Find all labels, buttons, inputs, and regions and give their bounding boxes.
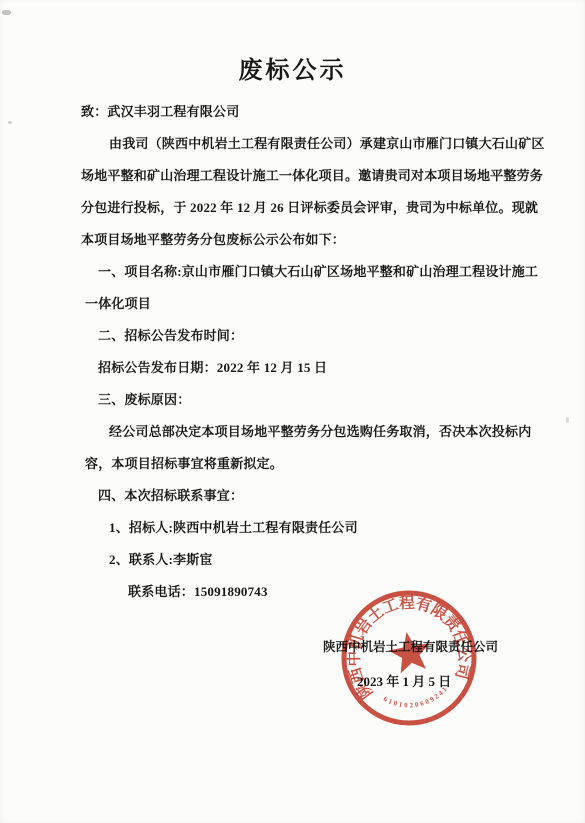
seal-serial-text: 6101020609241 <box>381 684 452 715</box>
section-1-heading-line-1: 一、项目名称:京山市雁门口镇大石山矿区场地平整和矿山治理工程设计施工 <box>98 256 541 288</box>
section-1-heading-line-2: 一体化项目 <box>85 288 541 320</box>
svg-text:6101020609241: 6101020609241 <box>381 684 452 715</box>
intro-line-3: 分包进行投标，于 2022 年 12 月 26 日评标委员会评审，贵司为中标单位… <box>81 192 541 224</box>
section-3-heading: 三、废标原因： <box>98 384 541 416</box>
section-2-date-line: 招标公告发布日期：2022 年 12 月 15 日 <box>98 352 541 384</box>
intro-line-2: 场地平整和矿山治理工程设计施工一体化项目。邀请贵司对本项目场地平整劳务 <box>81 160 541 192</box>
section-3-body-line-2: 容，本项目招标事宜将重新拟定。 <box>85 448 541 480</box>
scan-artifact <box>2 10 11 15</box>
section-4-heading: 四、本次招标联系事宜： <box>98 480 541 512</box>
section-2-heading: 二、招标公告发布时间： <box>98 320 541 352</box>
recipient-line: 致：武汉丰羽工程有限公司 <box>81 96 541 128</box>
contact-person-line: 2、联系人:李斯宦 <box>109 544 541 576</box>
scan-artifact <box>8 121 12 124</box>
document-body: 致：武汉丰羽工程有限公司 由我司（陕西中机岩土工程有限责任公司）承建京山市雁门口… <box>81 96 541 608</box>
scanned-document-page: 废标公示 致：武汉丰羽工程有限公司 由我司（陕西中机岩土工程有限责任公司）承建京… <box>0 0 585 823</box>
scan-artifact <box>566 417 569 423</box>
intro-line-4: 本项目场地平整劳务分包废标公示公布如下： <box>81 224 541 256</box>
contact-bidder-line: 1、招标人:陕西中机岩土工程有限责任公司 <box>109 512 541 544</box>
company-seal-stamp: 陕西中机岩土工程有限责任公司 6101020609241 <box>334 583 484 733</box>
seal-star-icon <box>386 628 434 674</box>
intro-line-1: 由我司（陕西中机岩土工程有限责任公司）承建京山市雁门口镇大石山矿区 <box>109 128 541 160</box>
section-3-body-line-1: 经公司总部决定本项目场地平整劳务分包选购任务取消，否决本次投标内 <box>109 416 541 448</box>
document-title: 废标公示 <box>0 50 585 85</box>
